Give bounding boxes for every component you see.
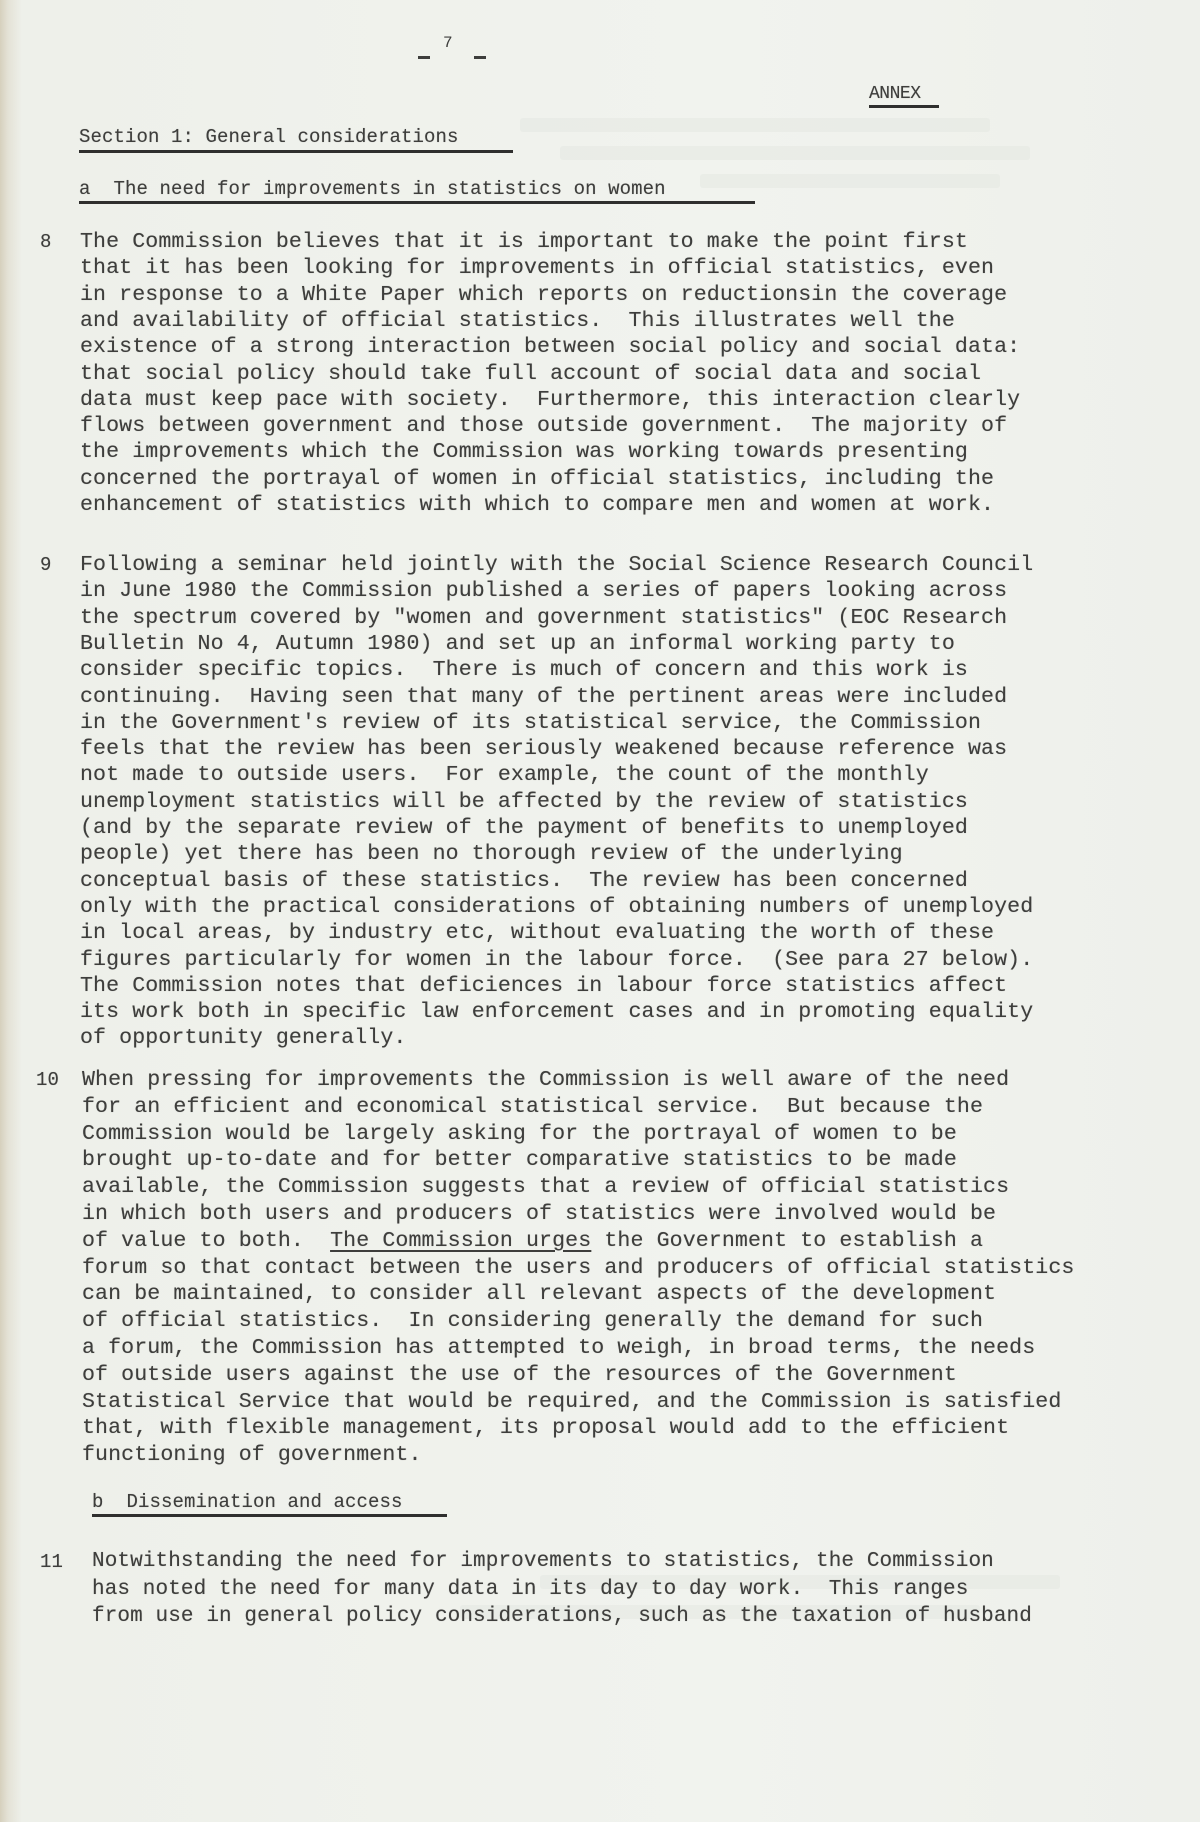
text-segment: of value to both. [82,1229,330,1253]
paragraph-line: (and by the separate review of the payme… [80,815,968,841]
paragraph-line: for an efficient and economical statisti… [82,1094,983,1120]
paragraph-line: continuing. Having seen that many of the… [80,684,1007,710]
paragraph-line: Commission would be largely asking for t… [82,1121,957,1147]
paragraph-line: Notwithstanding the need for improvement… [92,1549,994,1575]
paragraph-line: has noted the need for many data in its … [92,1577,968,1603]
paragraph-line: that, with flexible management, its prop… [82,1415,1009,1441]
emphasis-underline: The Commission urges [330,1229,591,1253]
paragraph-line: feels that the review has been seriously… [80,736,1007,762]
paragraph-line: in local areas, by industry etc, without… [80,920,994,946]
paragraph-line: enhancement of statistics with which to … [80,492,994,518]
paragraph-number: 8 [40,229,52,255]
page-number: 7 [443,30,453,56]
document-page: 7 ANNEX Section 1: General consideration… [0,0,1200,1822]
paragraph-line: data must keep pace with society. Furthe… [80,387,1020,413]
section-heading: Section 1: General considerations [79,124,459,150]
paragraph-line: a forum, the Commission has attempted to… [82,1335,1035,1361]
paragraph-line: that social policy should take full acco… [80,361,981,387]
paragraph-line: its work both in specific law enforcemen… [80,999,1033,1025]
paragraph-line: can be maintained, to consider all relev… [82,1281,996,1307]
paragraph-line: only with the practical considerations o… [80,894,1033,920]
paragraph-line: in response to a White Paper which repor… [80,282,1007,308]
annex-label: ANNEX [869,81,921,107]
paragraph-line: of official statistics. In considering g… [82,1308,983,1334]
paragraph-line: unemployment statistics will be affected… [80,789,968,815]
subsection-a-underline [79,201,755,204]
paragraph-line: Statistical Service that would be requir… [82,1389,1061,1415]
paragraph-number: 10 [36,1067,59,1093]
paragraph-line: of outside users against the use of the … [82,1362,957,1388]
paragraph-line: not made to outside users. For example, … [80,762,929,788]
page-number-dash [474,56,486,59]
paragraph-line: concerned the portrayal of women in offi… [80,466,994,492]
annex-underline [869,105,939,108]
paragraph-line: flows between government and those outsi… [80,413,1007,439]
paragraph-line: The Commission believes that it is impor… [80,229,968,255]
paragraph-line: forum so that contact between the users … [82,1255,1074,1281]
subsection-b-underline [92,1514,447,1517]
bleed-through [520,118,990,132]
paragraph-line: of value to both. The Commission urges t… [82,1228,983,1254]
paragraph-line: in which both users and producers of sta… [82,1201,996,1227]
paragraph-line: the improvements which the Commission wa… [80,439,968,465]
bleed-through [700,174,1000,188]
bleed-through [560,146,1030,160]
paragraph-line: in June 1980 the Commission published a … [80,578,1007,604]
paragraph-line: consider specific topics. There is much … [80,657,968,683]
paragraph-line: in the Government's review of its statis… [80,710,981,736]
subsection-heading-b: b Dissemination and access [92,1489,403,1515]
section-heading-underline [79,150,513,153]
paragraph-line: and availability of official statistics.… [80,308,955,334]
subsection-heading-a: a The need for improvements in statistic… [79,176,666,202]
paragraph-line: When pressing for improvements the Commi… [82,1067,1009,1093]
text-segment: the Government to establish a [591,1229,983,1253]
paragraph-line: that it has been looking for improvement… [80,255,994,281]
page-number-dash [418,56,430,59]
paragraph-line: from use in general policy consideration… [92,1604,1032,1630]
paragraph-number: 9 [40,552,52,578]
paragraph-line: conceptual basis of these statistics. Th… [80,868,968,894]
paragraph-line: brought up-to-date and for better compar… [82,1147,957,1173]
paragraph-line: functioning of government. [82,1442,422,1468]
paragraph-line: The Commission notes that deficiences in… [80,973,1007,999]
paragraph-line: Bulletin No 4, Autumn 1980) and set up a… [80,631,955,657]
paragraph-line: existence of a strong interaction betwee… [80,334,1020,360]
paragraph-line: people) yet there has been no thorough r… [80,841,903,867]
paragraph-number: 11 [40,1549,63,1575]
paragraph-line: available, the Commission suggests that … [82,1174,1009,1200]
paragraph-line: of opportunity generally. [80,1025,406,1051]
paragraph-line: the spectrum covered by "women and gover… [80,605,1007,631]
paragraph-line: Following a seminar held jointly with th… [80,552,1033,578]
paragraph-line: figures particularly for women in the la… [80,947,1033,973]
